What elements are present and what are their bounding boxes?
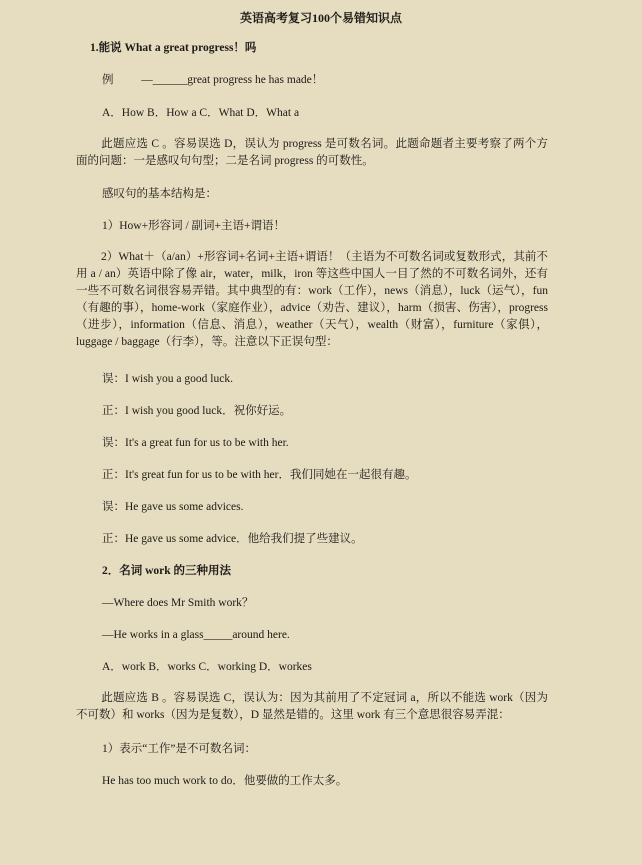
- example-label: 例: [102, 74, 114, 86]
- pair-text: He gave us some advices.: [125, 501, 243, 513]
- structure-intro: 感叹句的基本结构是：: [102, 186, 217, 202]
- meaning-1-example: He has too much work to do．他要做的工作太多。: [102, 773, 347, 789]
- example-line: 例 —______great progress he has made！: [102, 72, 323, 88]
- pair-label: 正：: [102, 533, 125, 545]
- section1-options: A．How B．How a C．What D．What a: [102, 105, 299, 121]
- section1-explanation: 此题应选 C 。容易误选 D，误认为 progress 是可数名词。此题命题者主…: [76, 136, 548, 170]
- pair-wrong-1: 误：I wish you a good luck.: [102, 371, 233, 387]
- pair-correct-3: 正：He gave us some advice．他给我们提了些建议。: [102, 531, 363, 547]
- document-title: 英语高考复习100个易错知识点: [0, 9, 642, 26]
- pair-text: I wish you good luck．祝你好运。: [125, 405, 291, 417]
- pair-label: 误：: [102, 373, 125, 385]
- pair-wrong-2: 误：It's a great fun for us to be with her…: [102, 435, 289, 451]
- section2-question-2: —He works in a glass_____around here.: [102, 627, 290, 643]
- section2-options: A．work B．works C．working D．workes: [102, 659, 312, 675]
- section2-explanation: 此题应选 B 。容易误选 C，误认为：因为其前用了不定冠词 a，所以不能选 wo…: [76, 690, 548, 724]
- section2-question-1: —Where does Mr Smith work？: [102, 595, 253, 611]
- pair-label: 误：: [102, 437, 125, 449]
- pair-text: He gave us some advice．他给我们提了些建议。: [125, 533, 363, 545]
- pair-label: 正：: [102, 405, 125, 417]
- rule-2-text: 2）What＋（a/an）+形容词+名词+主语+谓语！（主语为不可数名词或复数形…: [76, 251, 548, 348]
- pair-label: 误：: [102, 501, 125, 513]
- example-dash: —: [141, 74, 153, 86]
- q2-blank: _____: [204, 629, 233, 641]
- section1-heading: 1.能说 What a great progress！吗: [90, 40, 256, 56]
- section2-heading: 2．名词 work 的三种用法: [102, 563, 231, 579]
- rule-1: 1）How+形容词 / 副词+主语+谓语！: [102, 218, 285, 234]
- document-page: 英语高考复习100个易错知识点 1.能说 What a great progre…: [0, 0, 642, 865]
- meaning-1: 1）表示“工作”是不可数名词：: [102, 741, 256, 757]
- example-text: great progress he has made！: [187, 74, 323, 86]
- pair-label: 正：: [102, 469, 125, 481]
- pair-text: I wish you a good luck.: [125, 373, 233, 385]
- pair-correct-1: 正：I wish you good luck．祝你好运。: [102, 403, 291, 419]
- pair-text: It's great fun for us to be with her．我们同…: [125, 469, 416, 481]
- section2-explanation-text: 此题应选 B 。容易误选 C，误认为：因为其前用了不定冠词 a，所以不能选 wo…: [76, 692, 548, 721]
- q2-suffix: around here.: [232, 629, 289, 641]
- pair-text: It's a great fun for us to be with her.: [125, 437, 289, 449]
- pair-wrong-3: 误：He gave us some advices.: [102, 499, 243, 515]
- q2-prefix: —He works in a glass: [102, 629, 204, 641]
- example-blank: ______: [153, 74, 188, 86]
- section1-explanation-text: 此题应选 C 。容易误选 D，误认为 progress 是可数名词。此题命题者主…: [76, 138, 548, 167]
- pair-correct-2: 正：It's great fun for us to be with her．我…: [102, 467, 416, 483]
- rule-2: 2）What＋（a/an）+形容词+名词+主语+谓语！（主语为不可数名词或复数形…: [76, 249, 548, 351]
